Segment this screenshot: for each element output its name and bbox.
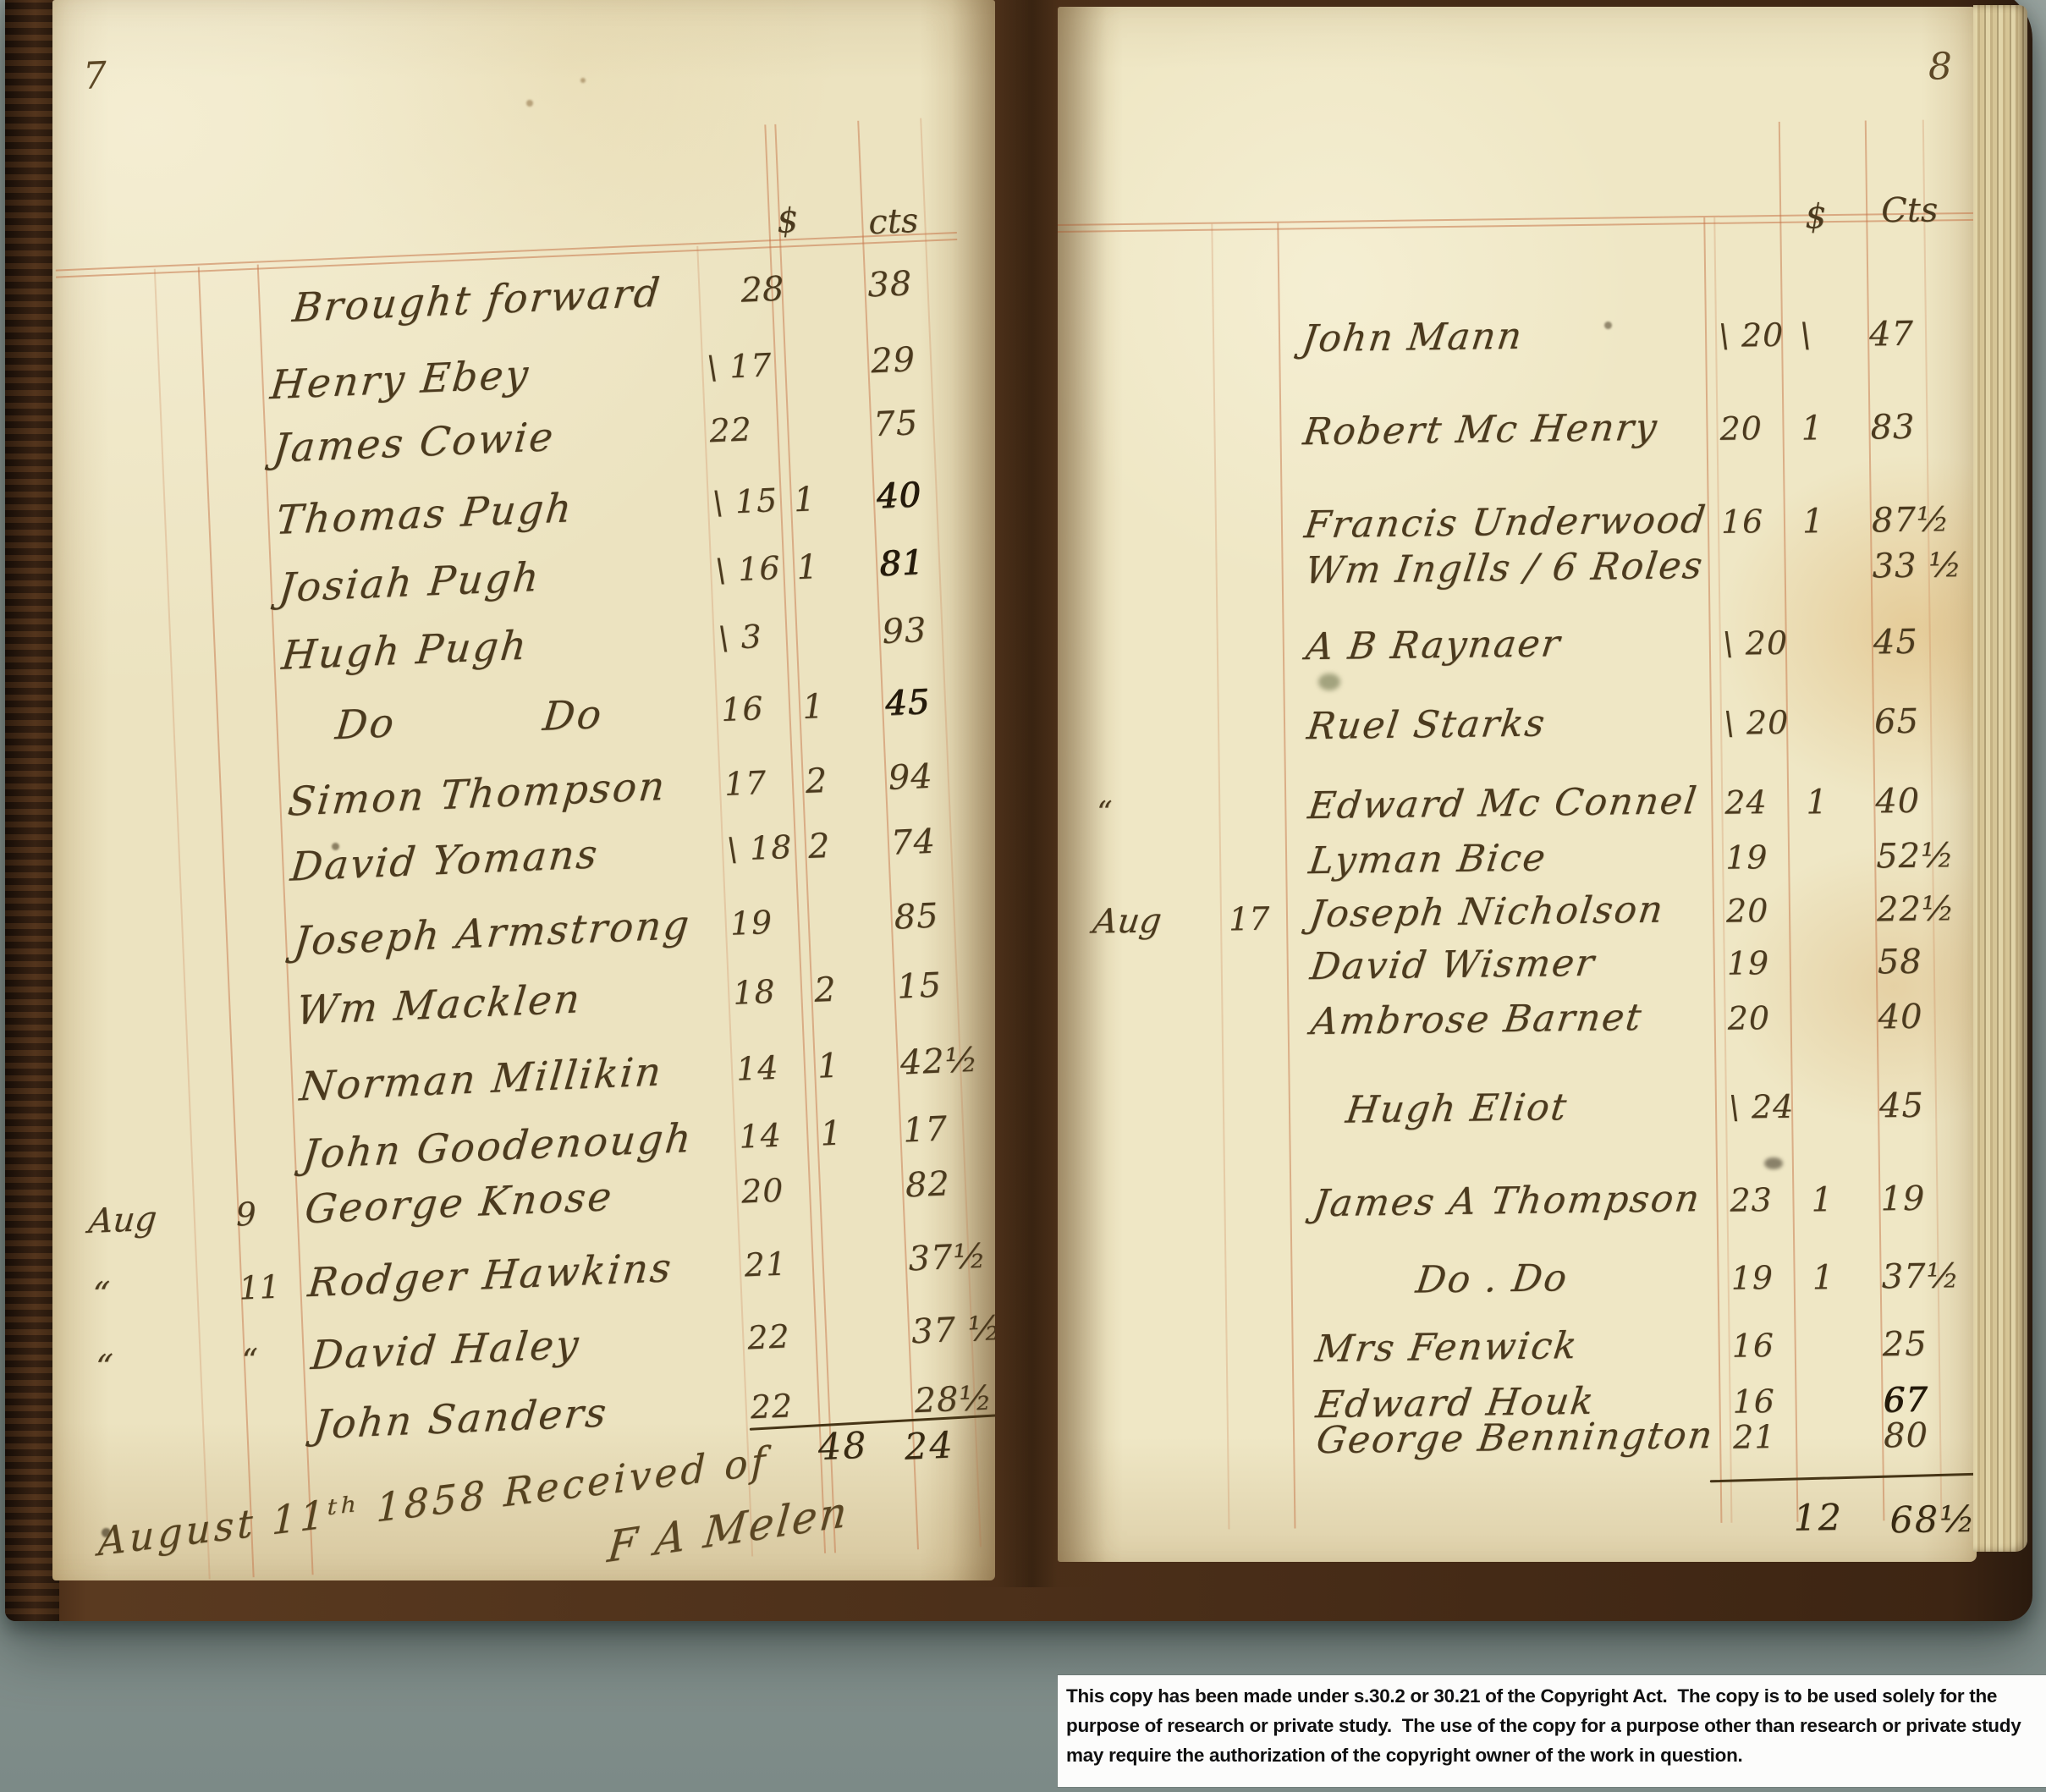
amount-cents: 81 (878, 543, 925, 584)
amount-dollars: 1 (793, 480, 816, 519)
amount-dollars: 1 (801, 687, 824, 727)
amount-cents: 45 (1873, 623, 1919, 662)
day-of-month: “ (241, 1342, 259, 1380)
entry-name: Hugh Eliot (1344, 1086, 1570, 1132)
amount-cents: 74 (890, 822, 937, 863)
amount-cents: 37½ (1881, 1256, 1960, 1296)
entry-name: Mrs Fenwick (1312, 1324, 1581, 1371)
entry-name: Ambrose Barnet (1308, 996, 1645, 1043)
amount-dollars: 1 (819, 1114, 842, 1154)
amount-dollars: 2 (813, 970, 836, 1010)
amount-cents: 58 (1877, 943, 1922, 982)
month-label: Aug (1091, 901, 1163, 941)
month-label: “ (93, 1348, 114, 1388)
entry-day: 22 (750, 1387, 794, 1426)
entry-day: 21 (744, 1245, 788, 1284)
entry-day: 20 (1726, 892, 1769, 930)
month-label: Aug (87, 1199, 159, 1241)
ledger-row: A B Raynaer\ 2045 (1058, 617, 1976, 700)
ledger-page-left: 7 $ cts Brought forward2838Henry Ebey\ 1… (52, 0, 995, 1580)
column-header-cents-right: Cts (1881, 190, 1939, 230)
ledger-row: Ruel Starks\ 2065 (1058, 696, 1977, 779)
page-stack-edges (1973, 5, 2027, 1552)
ledger-page-right: 8 $ Cts John Mann\ 20\47Robert Mc Henry2… (1058, 7, 1977, 1562)
ruled-lines-right (1058, 7, 1966, 13)
entry-day: 19 (1725, 838, 1768, 877)
ledger-row: George Bennington2180 (1066, 1410, 1977, 1493)
entry-day: 23 (1730, 1181, 1773, 1219)
entry-day: \ 18 (726, 828, 793, 868)
scanned-ledger-screenshot: 7 $ cts Brought forward2838Henry Ebey\ 1… (0, 0, 2046, 1792)
entry-day: 21 (1733, 1418, 1776, 1456)
ledger-entries-left: Brought forward2838Henry Ebey\ 1729James… (52, 0, 961, 20)
total-cents-left: 24 (904, 1424, 955, 1468)
entry-name: Brought forward (290, 270, 663, 333)
entry-name: A B Raynaer (1304, 622, 1564, 668)
entry-day: 20 (1719, 410, 1763, 448)
total-cents-right: 68½ (1889, 1498, 1977, 1542)
entry-name: Francis Underwood (1302, 498, 1709, 547)
ledger-row: James A Thompson23119 (1063, 1174, 1977, 1256)
ditto-mark: “ (1097, 795, 1113, 830)
entry-name: George Bennington (1314, 1414, 1717, 1462)
amount-cents: 33 ½ (1872, 546, 1962, 585)
entry-day: 20 (740, 1172, 784, 1211)
entry-day: \ 3 (718, 618, 763, 657)
entry-day: 16 (720, 690, 764, 728)
amount-cents: 45 (884, 683, 931, 723)
amount-cents: 82 (905, 1164, 951, 1205)
amount-cents: 65 (1874, 702, 1920, 742)
amount-cents: 15 (896, 966, 943, 1007)
entry-name: Henry Ebey (268, 351, 532, 409)
book-spine (5, 0, 59, 1621)
amount-cents: 17 (902, 1109, 949, 1150)
signature: F A Melen (605, 1487, 851, 1573)
amount-dollars: 1 (1811, 1180, 1833, 1219)
entry-day: 17 (723, 764, 767, 803)
entry-name: Ruel Starks (1305, 702, 1548, 749)
amount-cents: 93 (882, 611, 928, 651)
entry-name: Hugh Pugh (279, 622, 530, 679)
entry-name: Robert Mc Henry (1301, 406, 1660, 454)
entry-day: 20 (1727, 999, 1770, 1037)
entry-day: \ 15 (712, 481, 778, 521)
entry-day: 16 (1731, 1327, 1774, 1365)
amount-cents: 40 (1875, 782, 1921, 822)
amount-cents: 94 (888, 757, 934, 798)
amount-cents: 29 (870, 340, 916, 381)
amount-cents: 75 (872, 404, 919, 444)
ledger-row: Robert Mc Henry20183 (1058, 402, 1972, 485)
column-header-dollars-right: $ (1805, 197, 1827, 236)
day-of-month: 17 (1229, 900, 1270, 938)
amount-cents: 25 (1882, 1325, 1928, 1365)
amount-cents: 45 (1879, 1086, 1925, 1126)
amount-cents: 87½ (1872, 500, 1950, 540)
entry-name: Wm Inglls / 6 Roles (1302, 544, 1706, 592)
page-number-right: 8 (1928, 45, 1953, 88)
entry-day: \ 20 (1724, 704, 1790, 742)
amount-dollars: 2 (805, 761, 828, 801)
amount-dollars: \ (1800, 316, 1812, 355)
ledger-entries-right: John Mann\ 20\47Robert Mc Henry20183Fran… (1058, 7, 1966, 13)
ruled-line-horizontal (1058, 212, 1977, 226)
month-label: “ (90, 1275, 111, 1315)
amount-dollars: 1 (1801, 409, 1823, 448)
day-of-month: 11 (238, 1268, 280, 1307)
entry-day: 14 (738, 1117, 782, 1156)
amount-cents: 42½ (899, 1041, 980, 1083)
entry-day: 19 (1730, 1259, 1774, 1297)
ruled-lines-left (52, 0, 961, 20)
amount-cents: 19 (1880, 1179, 1926, 1219)
ledger-row: John Mann\ 20\47 (1058, 309, 1972, 392)
entry-name: James A Thompson (1311, 1177, 1703, 1225)
total-dollars-right: 12 (1793, 1497, 1843, 1540)
entry-day: 22 (746, 1317, 790, 1356)
entry-day: \ 16 (714, 549, 781, 589)
ledger-row: Ambrose Barnet2040 (1060, 992, 1977, 1075)
column-header-dollars-left: $ (776, 201, 799, 241)
amount-dollars: 1 (817, 1047, 839, 1086)
amount-cents: 38 (866, 264, 913, 305)
amount-dollars: 1 (1802, 502, 1824, 541)
total-dollars-left: 48 (817, 1425, 869, 1469)
amount-cents: 52½ (1876, 836, 1955, 876)
amount-cents: 40 (876, 475, 922, 516)
amount-cents: 37½ (908, 1237, 988, 1279)
amount-cents: 47 (1869, 315, 1915, 355)
ruled-line-horizontal (1058, 218, 1977, 233)
amount-cents: 83 (1870, 408, 1916, 448)
entry-name: David Haley (309, 1322, 582, 1380)
entry-name: Joseph Nicholson (1307, 888, 1667, 937)
entry-day: 19 (1727, 944, 1770, 982)
entry-day: 14 (735, 1049, 779, 1088)
entry-name: David Wismer (1308, 942, 1598, 988)
entry-name: John Mann (1300, 315, 1526, 361)
entry-name: Edward Mc Connel (1306, 779, 1700, 827)
entry-day: 16 (1721, 503, 1764, 541)
entry-day: 18 (732, 973, 776, 1012)
entry-name: Do . Do (1413, 1256, 1570, 1301)
ledger-row: Hugh Eliot\ 2445 (1062, 1080, 1977, 1163)
ledger-book: 7 $ cts Brought forward2838Henry Ebey\ 1… (5, 0, 2032, 1621)
amount-dollars: 28 (740, 270, 785, 311)
entry-day: \ 24 (1729, 1088, 1795, 1126)
amount-dollars: 1 (1812, 1258, 1834, 1297)
entry-name: Norman Millikin (298, 1048, 665, 1110)
entry-day: 22 (708, 410, 752, 449)
amount-cents: 37 ½ (910, 1309, 995, 1351)
amount-cents: 85 (894, 897, 940, 937)
amount-dollars: 1 (1806, 783, 1828, 822)
entry-day: \ 17 (706, 346, 773, 386)
ledger-row: Wm Inglls / 6 Roles33 ½ (1058, 541, 1974, 624)
page-number-left: 7 (82, 54, 107, 98)
amount-cents: 80 (1884, 1416, 1929, 1456)
amount-dollars: 1 (795, 547, 818, 587)
entry-day: 19 (729, 904, 773, 943)
amount-cents: 40 (1878, 998, 1923, 1037)
entry-day: \ 20 (1719, 316, 1785, 355)
day-of-month: 9 (235, 1196, 257, 1234)
entry-day: \ 20 (1723, 624, 1789, 662)
amount-dollars: 2 (807, 827, 830, 866)
copyright-notice: This copy has been made under s.30.2 or … (1058, 1675, 2046, 1787)
entry-name: Josiah Pugh (277, 554, 542, 612)
entry-name: Lyman Bice (1306, 837, 1549, 883)
column-header-cents-left: cts (867, 201, 919, 242)
amount-cents: 22½ (1877, 889, 1955, 929)
entry-day: 24 (1724, 783, 1768, 822)
